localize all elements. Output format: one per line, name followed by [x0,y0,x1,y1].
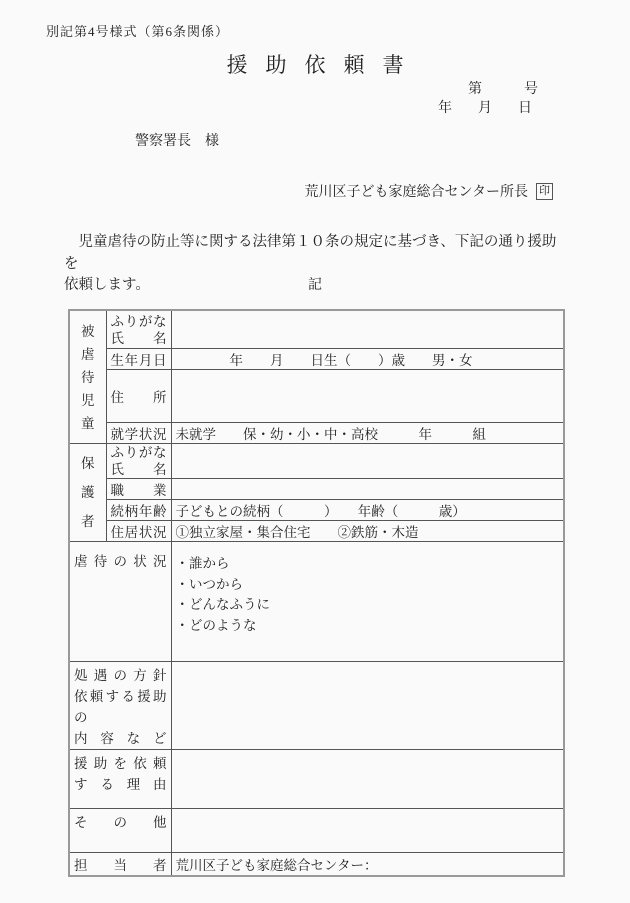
sender-title: 荒川区子ども家庭総合センター所長 [305,181,528,201]
request-reason-label-cell: 援助を依頼 する理由 [69,750,171,809]
guardian-job-label: 職業 [111,479,167,499]
child-school-label-cell: 就学状況 [106,423,171,444]
guardian-job-label-cell: 職業 [106,479,171,500]
guardian-furigana-name-value-cell [171,444,564,479]
child-furigana-name-label: ふりがな 氏名 [111,313,167,347]
staff-label-cell: 担当者 [69,853,171,877]
abuse-status-value-cell: ・誰から ・いつから ・どんなふうに ・どのような [171,542,564,662]
child-furigana-name-value-cell [171,310,564,349]
guardian-furigana-name-label-cell: ふりがな 氏名 [106,444,171,479]
child-furigana-name-label-cell: ふりがな 氏名 [106,310,171,349]
assistance-request-table: 被 虐 待 児 童 ふりがな 氏名 生年月日 年 月 日生（ ）歳 男・女 住所… [68,309,565,877]
form-style-note: 別記第4号様式（第6条関係） [46,21,229,40]
sender-line: 荒川区子ども家庭総合センター所長 印 [305,181,553,201]
request-reason-value-cell [171,750,564,809]
guardian-job-value-cell [171,479,564,500]
record-heading: 記 [0,274,630,294]
guardian-relation-value-cell: 子どもとの続柄（ ） 年齢（ 歳） [171,500,564,521]
addressee-line: 警察署長 様 [135,130,219,150]
abuse-status-label-cell: 虐待の状況 [69,542,171,662]
treatment-policy-value-cell [171,662,564,750]
child-school-value-cell: 未就学 保・幼・小・中・高校 年 組 [171,423,564,444]
child-school-label: 就学状況 [111,423,167,443]
staff-label: 担当者 [74,854,167,874]
child-group-label: 被 虐 待 児 童 [74,320,102,435]
other-value-cell [171,809,564,853]
staff-value-cell: 荒川区子ども家庭総合センター： [171,853,564,877]
guardian-group-header-cell: 保 護 者 [69,444,106,542]
treatment-policy-label-cell: 処遇の方針 依頼する援助の 内容など [69,662,171,750]
document-date-line: 年 月 日 [438,97,538,117]
guardian-group-label: 保 護 者 [74,449,102,536]
guardian-housing-value-cell: ①独立家屋・集合住宅 ②鉄筋・木造 [171,521,564,542]
abuse-status-label: 虐待の状況 [74,551,167,572]
seal-placeholder-icon: 印 [536,183,553,200]
child-address-label: 住所 [111,386,167,406]
guardian-relation-label: 続柄年齢 [111,500,167,520]
child-address-label-cell: 住所 [106,370,171,423]
guardian-housing-label: 住居状況 [111,521,167,541]
document-page: 別記第4号様式（第6条関係） 援助依頼書 第 号 年 月 日 警察署長 様 荒川… [0,0,630,903]
other-label: その他 [74,812,167,833]
request-reason-label: 援助を依頼 する理由 [74,753,167,795]
guardian-housing-label-cell: 住居状況 [106,521,171,542]
treatment-policy-label: 処遇の方針 依頼する援助の 内容など [74,665,167,749]
child-birth-label-cell: 生年月日 [106,349,171,370]
child-birth-label: 生年月日 [111,349,167,369]
other-label-cell: その他 [69,809,171,853]
guardian-relation-label-cell: 続柄年齢 [106,500,171,521]
child-group-header-cell: 被 虐 待 児 童 [69,310,106,444]
guardian-furigana-name-label: ふりがな 氏名 [111,444,167,478]
child-address-value-cell [171,370,564,423]
document-title: 援助依頼書 [0,49,630,79]
child-birth-value-cell: 年 月 日生（ ）歳 男・女 [171,349,564,370]
document-number-line: 第 号 [468,78,538,98]
